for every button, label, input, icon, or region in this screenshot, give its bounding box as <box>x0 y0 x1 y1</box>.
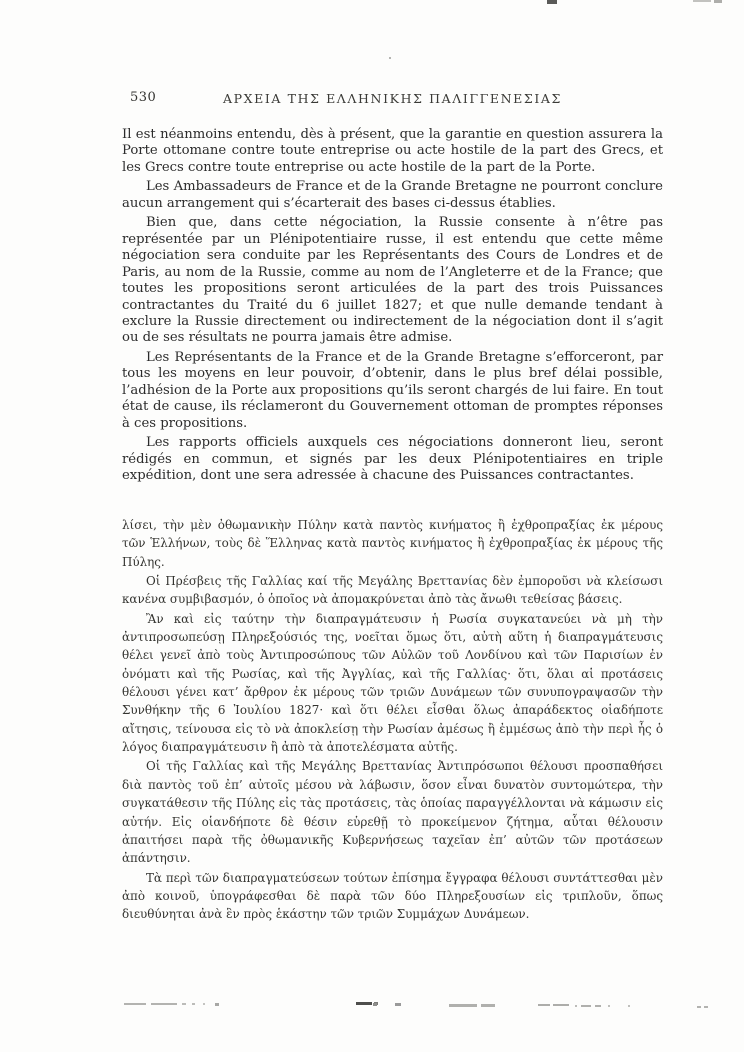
scan-artifact <box>697 1006 701 1008</box>
scan-artifact <box>628 1005 630 1007</box>
greek-paragraph: Τὰ περὶ τῶν διαπραγματεύσεων τούτων ἐπίσ… <box>122 869 663 924</box>
french-paragraph: Les Ambassadeurs de France et de la Gran… <box>122 179 663 212</box>
greek-paragraph: λίσει, τὴν μὲν ὀθωμανικὴν Πύλην κατὰ παν… <box>122 516 663 571</box>
french-paragraph: Bien que, dans cette négociation, la Rus… <box>122 215 663 347</box>
scan-artifact <box>449 1004 477 1007</box>
scan-artifact <box>192 1003 195 1005</box>
scan-artifact <box>575 1005 577 1007</box>
scan-artifact <box>608 1005 610 1007</box>
scan-artifact <box>693 0 711 2</box>
french-paragraph: Il est néanmoins entendu, dès à présent,… <box>122 127 663 176</box>
scan-artifact <box>389 57 391 59</box>
greek-text-section: λίσει, τὴν μὲν ὀθωμανικὴν Πύλην κατὰ παν… <box>122 516 663 924</box>
scan-artifact <box>124 1003 146 1005</box>
scan-artifact <box>595 1005 601 1007</box>
scan-artifact <box>182 1003 186 1005</box>
french-text-section: Il est néanmoins entendu, dès à présent,… <box>122 127 663 485</box>
scan-artifact <box>553 1004 569 1006</box>
scan-artifact <box>395 1003 401 1006</box>
scan-artifact <box>373 1003 377 1006</box>
scan-artifact <box>356 1002 372 1005</box>
greek-paragraph: Ἂν καὶ εἰς ταύτην τὴν διαπραγμάτευσιν ἡ … <box>122 610 663 757</box>
greek-paragraph: Οἱ Πρέσβεις τῆς Γαλλίας καί τῆς Μεγάλης … <box>122 572 663 609</box>
scan-artifact <box>481 1004 495 1007</box>
page-title: ΑΡΧΕΙΑ ΤΗΣ ΕΛΛΗΝΙΚΗΣ ΠΑΛΙΓΓΕΝΕΣΙΑΣ <box>122 91 663 106</box>
greek-paragraph: Οἱ τῆς Γαλλίας καὶ τῆς Μεγάλης Βρεττανία… <box>122 757 663 867</box>
scan-artifact <box>151 1003 177 1005</box>
scan-artifact <box>538 1004 550 1006</box>
scan-artifact <box>547 0 557 4</box>
scan-artifact <box>581 1005 591 1007</box>
scan-artifact <box>704 1006 708 1008</box>
french-paragraph: Les Représentants de la France et de la … <box>122 350 663 432</box>
scan-artifact <box>215 1003 219 1006</box>
scanned-book-page: 530 ΑΡΧΕΙΑ ΤΗΣ ΕΛΛΗΝΙΚΗΣ ΠΑΛΙΓΓΕΝΕΣΙΑΣ I… <box>0 0 744 1052</box>
page-header: 530 ΑΡΧΕΙΑ ΤΗΣ ΕΛΛΗΝΙΚΗΣ ΠΑΛΙΓΓΕΝΕΣΙΑΣ <box>122 90 663 108</box>
french-paragraph: Les rapports officiels auxquels ces négo… <box>122 435 663 484</box>
scan-artifact <box>714 0 722 3</box>
scan-artifact <box>203 1003 205 1005</box>
